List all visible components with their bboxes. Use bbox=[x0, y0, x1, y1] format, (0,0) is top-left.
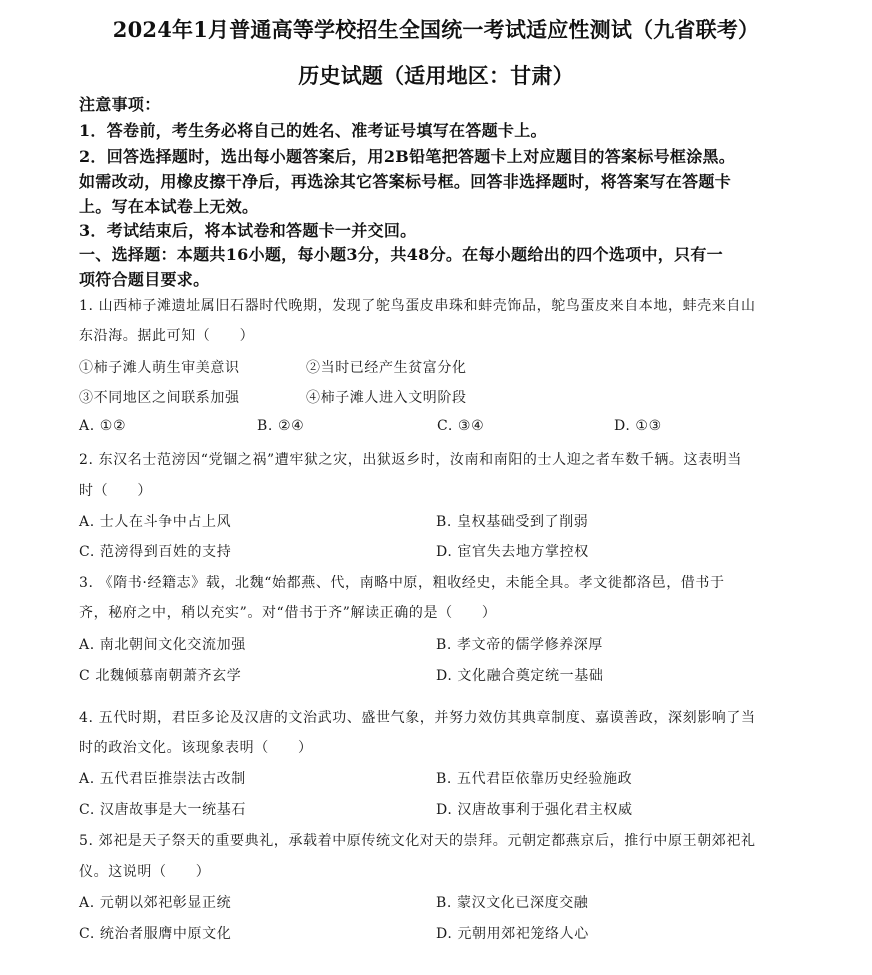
statement: ③不同地区之间联系加强 bbox=[79, 387, 240, 407]
question-stem: 时的政治文化。该现象表明（ ） bbox=[79, 737, 313, 757]
exam-subtitle: 历史试题（适用地区：甘肃） bbox=[0, 60, 872, 90]
option-b: B. 蒙汉文化已深度交融 bbox=[436, 892, 588, 912]
option-c: C. 范滂得到百姓的支持 bbox=[79, 541, 231, 561]
option-c: C. ③④ bbox=[437, 418, 484, 434]
option-a: A. ①② bbox=[79, 418, 126, 434]
statement: ①柿子滩人萌生审美意识 bbox=[79, 357, 240, 377]
notice-line: 上。写在本试卷上无效。 bbox=[79, 194, 258, 217]
question-stem: 齐，秘府之中，稍以充实”。对“借书于齐”解读正确的是（ ） bbox=[79, 602, 496, 622]
option-d: D. 宦官失去地方掌控权 bbox=[436, 541, 589, 561]
option-b: B. ②④ bbox=[257, 418, 304, 434]
option-b: B. 孝文帝的儒学修养深厚 bbox=[436, 634, 603, 654]
option-b: B. 五代君臣依靠历史经验施政 bbox=[436, 768, 632, 788]
question-stem: 东沿海。据此可知（ ） bbox=[79, 325, 254, 345]
question-stem: 3. 《隋书·经籍志》载，北魏“始都燕、代，南略中原，粗收经史，未能全具。孝文徙… bbox=[79, 572, 725, 592]
section-line: 项符合题目要求。 bbox=[79, 267, 209, 290]
notice-line: 如需改动，用橡皮擦干净后，再选涂其它答案标号框。回答非选择题时，将答案写在答题卡 bbox=[79, 169, 731, 192]
question-stem: 5. 郊祀是天子祭天的重要典礼，承载着中原传统文化对天的崇拜。元朝定都燕京后，推… bbox=[79, 830, 756, 850]
option-c: C 北魏倾慕南朝萧齐玄学 bbox=[79, 665, 241, 685]
notice-line: 2．回答选择题时，选出每小题答案后，用2B铅笔把答题卡上对应题目的答案标号框涂黑… bbox=[79, 144, 735, 167]
option-d: D. 汉唐故事利于强化君主权威 bbox=[436, 799, 633, 819]
notice-line: 3．考试结束后，将本试卷和答题卡一并交回。 bbox=[79, 218, 416, 241]
statement: ④柿子滩人进入文明阶段 bbox=[306, 387, 467, 407]
option-a: A. 士人在斗争中占上风 bbox=[79, 511, 231, 531]
notice-line: 1．答卷前，考生务必将自己的姓名、准考证号填写在答题卡上。 bbox=[79, 118, 547, 141]
option-d: D. ①③ bbox=[614, 418, 662, 434]
question-stem: 2. 东汉名士范滂因“党锢之祸”遭牢狱之灾，出狱返乡时，汝南和南阳的士人迎之者车… bbox=[79, 449, 742, 469]
notice-heading: 注意事项： bbox=[79, 92, 161, 115]
question-stem: 1. 山西柿子滩遗址属旧石器时代晚期，发现了鸵鸟蛋皮串珠和蚌壳饰品，鸵鸟蛋皮来自… bbox=[79, 295, 756, 315]
option-a: A. 元朝以郊祀彰显正统 bbox=[79, 892, 231, 912]
question-stem: 4. 五代时期，君臣多论及汉唐的文治武功、盛世气象，并努力效仿其典章制度、嘉谟善… bbox=[79, 707, 756, 727]
option-c: C. 统治者服膺中原文化 bbox=[79, 923, 231, 943]
question-stem: 仪。这说明（ ） bbox=[79, 861, 210, 881]
option-d: D. 元朝用郊祀笼络人心 bbox=[436, 923, 589, 943]
question-stem: 时（ ） bbox=[79, 480, 152, 500]
section-line: 一、选择题：本题共16小题，每小题3分，共48分。在每小题给出的四个选项中，只有… bbox=[79, 242, 723, 265]
option-d: D. 文化融合奠定统一基础 bbox=[436, 665, 603, 685]
option-a: A. 南北朝间文化交流加强 bbox=[79, 634, 246, 654]
option-a: A. 五代君臣推崇法古改制 bbox=[79, 768, 246, 788]
statement: ②当时已经产生贫富分化 bbox=[306, 357, 467, 377]
option-b: B. 皇权基础受到了削弱 bbox=[436, 511, 588, 531]
option-c: C. 汉唐故事是大一统基石 bbox=[79, 799, 246, 819]
exam-page: 2024年1月普通高等学校招生全国统一考试适应性测试（九省联考） 历史试题（适用… bbox=[0, 0, 872, 975]
exam-title: 2024年1月普通高等学校招生全国统一考试适应性测试（九省联考） bbox=[0, 14, 872, 44]
